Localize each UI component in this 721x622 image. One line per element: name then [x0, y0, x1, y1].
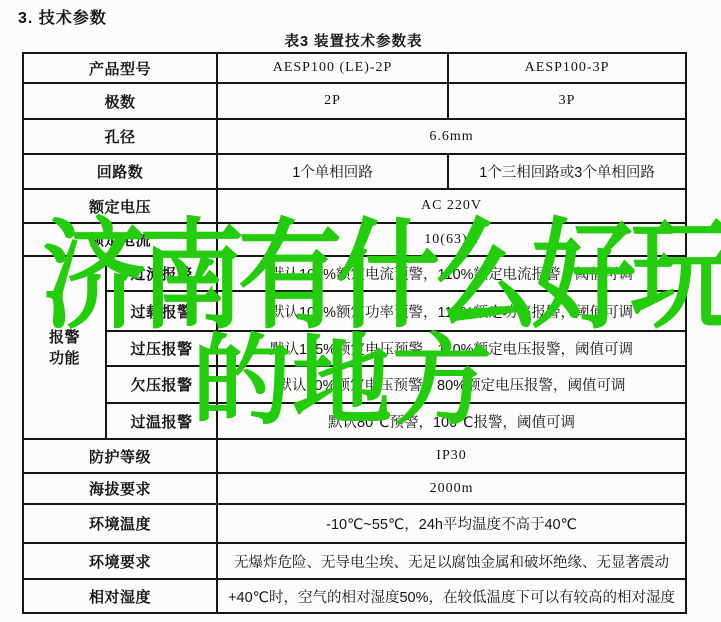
param-value: IP30	[217, 439, 686, 473]
watermark-line2: 的地方	[192, 332, 492, 430]
param-label: 环境要求	[23, 543, 217, 579]
table-row: 孔径 6.6mm	[23, 119, 686, 154]
table-row: 产品型号 AESP100 (LE)-2P AESP100-3P	[23, 53, 686, 83]
param-value: AESP100-3P	[448, 53, 686, 83]
table-row: 极数 2P 3P	[23, 83, 686, 119]
param-label: 孔径	[23, 119, 217, 154]
param-label: 相对湿度	[23, 579, 217, 613]
table-row: 环境要求 无爆炸危险、无导电尘埃、无足以腐蚀金属和破坏绝缘、无显著震动	[23, 543, 686, 579]
param-label: 环境温度	[23, 504, 217, 543]
watermark-line1: 济南有什么好玩	[42, 218, 721, 337]
table-row: 环境温度 -10℃~55℃，24h平均温度不高于40℃	[23, 504, 686, 543]
param-value: 6.6mm	[217, 119, 686, 154]
param-label: 产品型号	[23, 53, 217, 83]
param-value: 3P	[448, 83, 686, 119]
param-value: 2P	[217, 83, 448, 119]
table-row: 防护等级 IP30	[23, 439, 686, 473]
param-label: 海拔要求	[23, 473, 217, 504]
param-label: 回路数	[23, 154, 217, 189]
param-value: +40℃时，空气的相对湿度50%，在较低温度下可以有较高的相对湿度	[217, 579, 686, 613]
param-value: 2000m	[217, 473, 686, 504]
param-value: 1个单相回路	[217, 154, 448, 189]
param-value: 1个三相回路或3个单相回路	[448, 154, 686, 189]
param-value: 无爆炸危险、无导电尘埃、无足以腐蚀金属和破坏绝缘、无显著震动	[217, 543, 686, 579]
param-label: 极数	[23, 83, 217, 119]
table-row: 回路数 1个单相回路 1个三相回路或3个单相回路	[23, 154, 686, 189]
param-value: -10℃~55℃，24h平均温度不高于40℃	[217, 504, 686, 543]
param-label: 防护等级	[23, 439, 217, 473]
table-title: 表3 装置技术参数表	[22, 30, 685, 51]
param-value: AESP100 (LE)-2P	[217, 53, 448, 83]
section-heading: 3. 技术参数	[18, 5, 107, 28]
table-row: 海拔要求 2000m	[23, 473, 686, 504]
table-row: 相对湿度 +40℃时，空气的相对湿度50%，在较低温度下可以有较高的相对湿度	[23, 579, 686, 613]
